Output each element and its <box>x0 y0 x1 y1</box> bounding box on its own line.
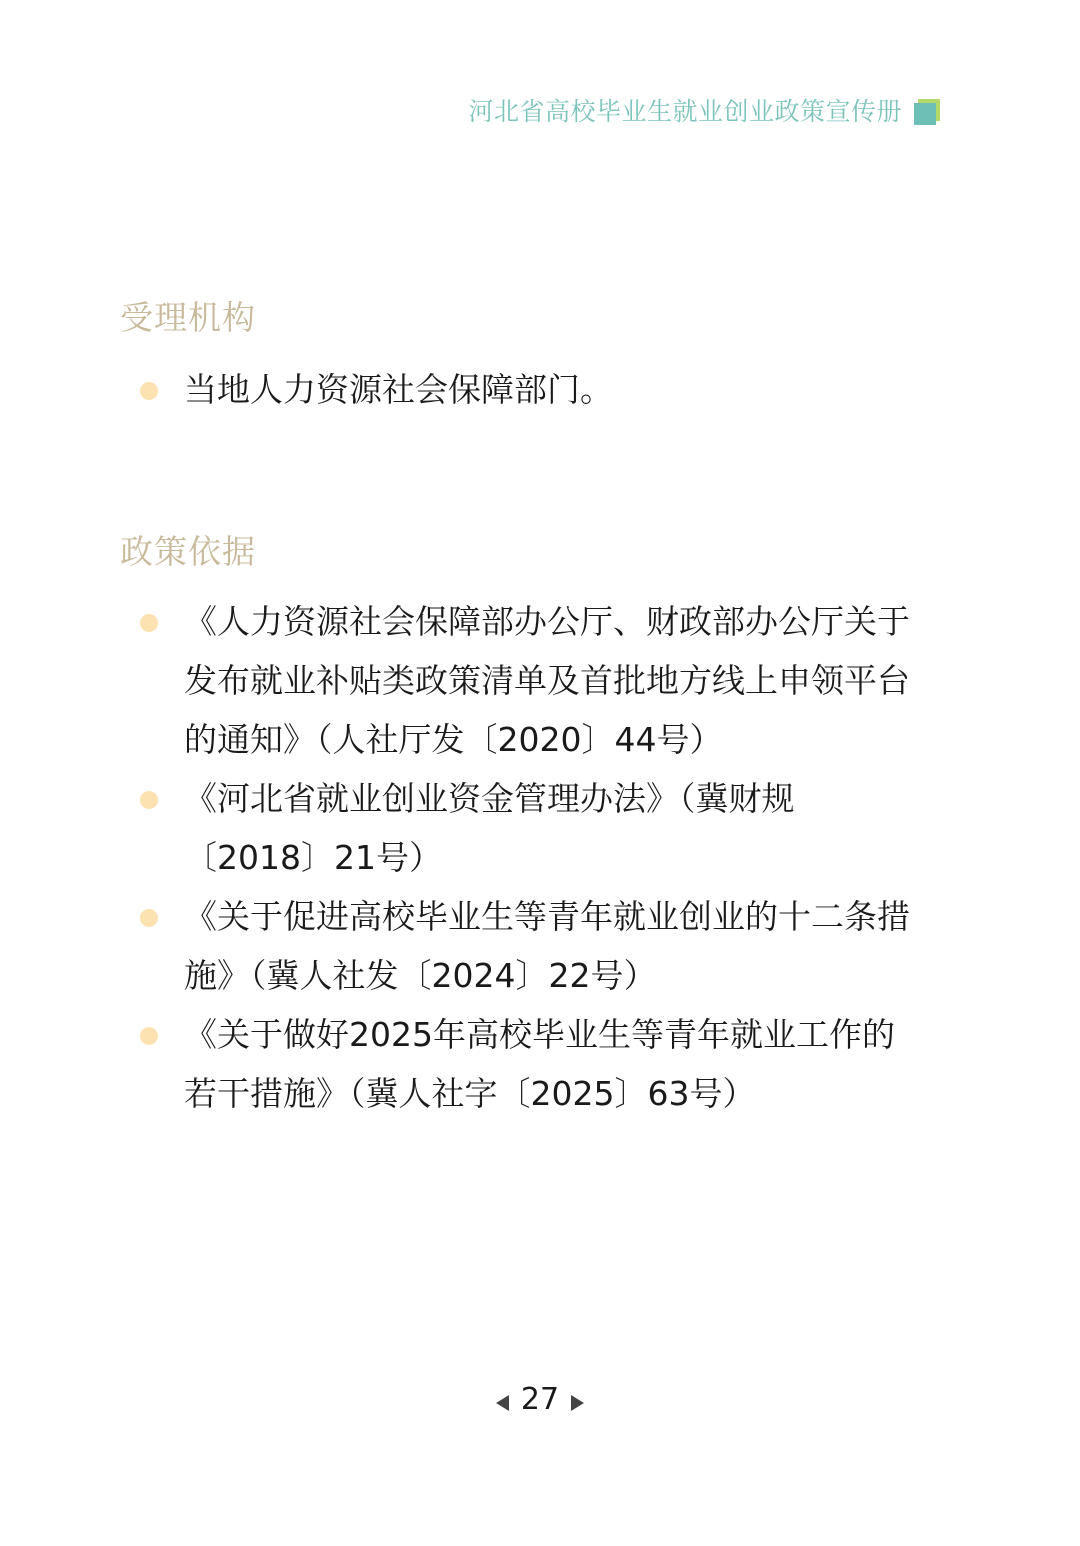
bullet-dot-icon <box>140 614 158 632</box>
list-item: 《关于促进高校毕业生等青年就业创业的十二条措施》（冀人社发〔2024〕22号） <box>140 887 920 1005</box>
section-title-policy-basis: 政策依据 <box>120 526 256 573</box>
next-page-icon[interactable] <box>571 1395 584 1411</box>
list-item: 当地人力资源社会保障部门。 <box>140 360 920 419</box>
list-item: 《关于做好2025年高校毕业生等青年就业工作的若干措施》（冀人社字〔2025〕6… <box>140 1005 920 1123</box>
bullet-dot-icon <box>140 791 158 809</box>
list-item-text: 《关于促进高校毕业生等青年就业创业的十二条措施》（冀人社发〔2024〕22号） <box>184 897 910 995</box>
list-item: 《人力资源社会保障部办公厅、财政部办公厅关于发布就业补贴类政策清单及首批地方线上… <box>140 592 920 769</box>
page-number: 27 <box>521 1382 559 1417</box>
previous-page-icon[interactable] <box>496 1395 509 1411</box>
bullet-dot-icon <box>140 1027 158 1045</box>
page-header: 河北省高校毕业生就业创业政策宣传册 <box>468 92 942 128</box>
page-navigator: 27 <box>0 1382 1080 1417</box>
list-item: 《河北省就业创业资金管理办法》（冀财规〔2018〕21号） <box>140 769 920 887</box>
list-item-text: 《人力资源社会保障部办公厅、财政部办公厅关于发布就业补贴类政策清单及首批地方线上… <box>184 602 910 759</box>
square-logo-icon <box>914 99 942 127</box>
list-item-text: 当地人力资源社会保障部门。 <box>184 370 613 409</box>
bullet-dot-icon <box>140 909 158 927</box>
bullet-dot-icon <box>140 382 158 400</box>
list-item-text: 《河北省就业创业资金管理办法》（冀财规〔2018〕21号） <box>184 779 795 877</box>
list-item-text: 《关于做好2025年高校毕业生等青年就业工作的若干措施》（冀人社字〔2025〕6… <box>184 1015 895 1113</box>
policy-basis-list: 《人力资源社会保障部办公厅、财政部办公厅关于发布就业补贴类政策清单及首批地方线上… <box>140 592 920 1123</box>
section-title-handling-agency: 受理机构 <box>120 292 256 339</box>
handling-agency-list: 当地人力资源社会保障部门。 <box>140 360 920 419</box>
brochure-title: 河北省高校毕业生就业创业政策宣传册 <box>468 92 902 128</box>
